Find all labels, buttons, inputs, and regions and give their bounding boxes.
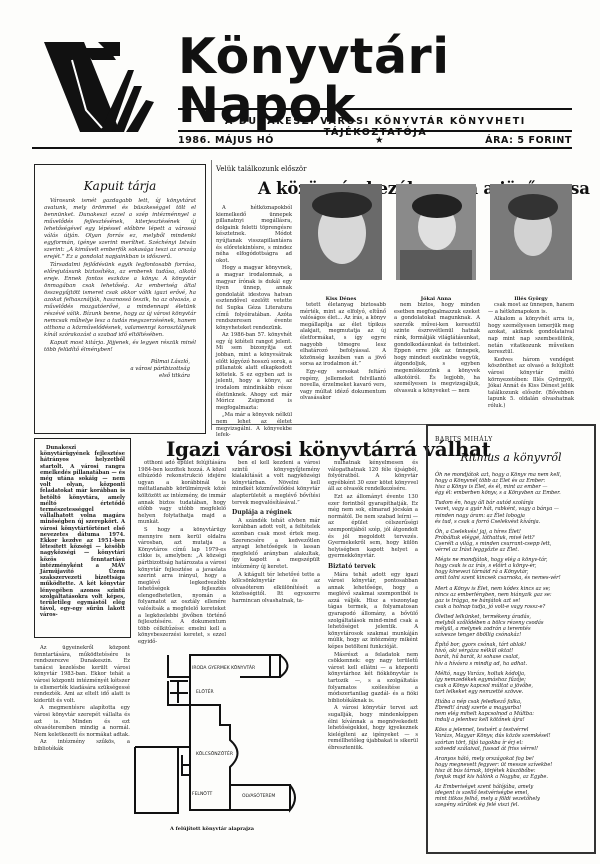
paragraph: Az intézmény szűkös, a bibliotékák [34,739,130,752]
masthead-bottom-rule [32,147,572,149]
poem-stanza: Építő bor, gyors csónak, tárt ablak! hív… [435,642,587,666]
poem-stanza: Mégis ne mondjátok, hogy elég a könyv-tá… [435,557,587,581]
editorial-box: Kapuit tárja Városunk ismét gazdagabb le… [34,164,206,434]
room-label: FELNŐTT [192,790,213,797]
dateline: 1986. MÁJUS HÓ ★ ÁRA: 5 FORINT [178,135,572,146]
paragraph: otthoni adó épület felújítására 1984-ben… [138,460,226,526]
room-label: OLVASÓTEREM [242,792,275,799]
poem-stanza: Tudom én, hogy áll bár autód szolánja ve… [435,500,587,524]
editorial-title: Kapuit tárja [44,179,196,193]
newspaper-page: Könyvtári Napok A DUNAKESZI VÁROSI KÖNYV… [0,0,600,864]
kv-logo-icon [42,40,172,135]
second-column-left: Az ügyeinekről központ fenntartására, mű… [34,645,130,754]
issue-date: 1986. MÁJUS HÓ [178,135,274,146]
lead-column-3: nem biztos, hogy minden esetben megfogal… [394,302,480,395]
subtitle-rule [178,130,572,132]
history-sidebox: Dunakeszi könyvtárügyének fejlesztése há… [34,438,131,638]
poem-stanza: Hiába a nép csak feledkező falka, Ébredt… [435,699,587,723]
poem-title: Ritmus a könyvről [435,451,587,464]
poem-stanza: Méltó, nagy Varázs, holtak kódolja, így … [435,671,587,695]
lead-column-1: A hétköznapokból kiemelkedő ünnepek pill… [216,205,292,440]
poem-stanza: Mert a Könyv is Élet, nem kódex kincs az… [435,586,587,610]
poem-stanza: Óh, a Cselekvés! jaj, a híres Élet! Prób… [435,529,587,553]
second-column-2: ben el kell kezdeni a városi szintű köny… [232,460,320,605]
paragraph: Az 1986-ban 57. könyvhét egy új kitételi… [216,332,292,411]
title-rule [178,108,572,110]
floor-plan-diagram: IRODA GYERMEK KÖNYVTÁR ELŐTÉR KÖLCSÖNZŐT… [130,645,320,820]
editorial-paragraph: Városunk ismét gazdagabb lett, új könyvt… [44,198,196,261]
paragraph: tetett életanyag biztosabb mérték, mint … [300,302,386,368]
floor-plan-caption: A felújított könyvtár alaprajza [170,826,254,832]
photo-kiss-denes [300,184,382,280]
room-label: GYERMEK KÖNYVTÁR [208,664,255,671]
paragraph: „Ma már a könyvek nélkül nem lehet az él… [216,412,292,438]
editorial-signature: Pálmai László, a városi pártbizottság el… [44,359,196,380]
subheading: Duplája a réginek [232,510,320,517]
star-icon: ★ [375,135,384,146]
poem-body: Óh ne mondjátok azt, hogy a Könyv ma nem… [435,472,587,809]
paragraph: Hogy a magyar könyvnek, a magyar irodalo… [216,265,292,331]
room-label: KÖLCSÖNZŐTÉR [196,749,233,757]
paragraph: Egy-egy sorsokat feltáró regény, jelleme… [300,369,386,402]
signature-role: a városi pártbizottság [44,366,190,373]
issue-price: ÁRA: 5 FORINT [485,135,572,146]
signature-name: Pálmai László, [44,359,190,366]
paragraph: S hogy a könyvtárügy mennyire nem kerül … [138,527,226,646]
room-label: ELŐTÉR [196,687,214,695]
paragraph: A kitágult tér lehetővé tette a kölcsönk… [232,572,320,605]
paragraph: ben el kell kezdeni a városi szintű köny… [232,460,320,506]
paragraph: Dunakeszi könyvtárügyének fejlesztése há… [40,445,125,619]
poem-stanza: Aranyos háló, mely országokat fog be! ho… [435,756,587,780]
poem-stanza: Óh ne mondjátok azt, hogy a Könyv ma nem… [435,472,587,496]
paragraph: nem biztos, hogy minden esetben megfogal… [394,302,480,394]
paragraph: Alkalom a könyvhét arra is, hogy személy… [488,316,574,356]
paragraph: A megmentésre alapította egy városi köny… [34,705,130,738]
poem-box: BABITS MIHÁLY Ritmus a könyvről Óh ne mo… [426,424,596,854]
poem-author: BABITS MIHÁLY [435,436,587,443]
editorial-paragraph: Társadalmi fejlődésünk egyik legfontosab… [44,262,196,339]
paragraph: Ezt az állományt évente 130 ezer forintb… [328,494,418,560]
paragraph: A szándék tehát elvben már korábban adot… [232,518,320,571]
subheading: Biztató tervek [328,564,418,571]
poem-stanza: Ölelted lelkünket, termékeny áradás, mel… [435,614,587,638]
paragraph: Kedves három vendéget köszönthet az olva… [488,357,574,410]
paragraph: csak most az ünnepen, hanem — a hétközna… [488,302,574,315]
signature-role: első titkára [44,373,190,380]
poem-stanza: Az Emberiséget szent hálójába, amely ide… [435,784,587,808]
paragraph: Az ügyeinekről központ fenntartására, mű… [34,645,130,704]
photo-illes-gyorgy [490,184,572,280]
room-label: IRODA [192,665,207,671]
lead-column-2: tetett életanyag biztosabb mérték, mint … [300,302,386,403]
paragraph: nulhatnak kényelmesen és válogathatnak 1… [328,460,418,493]
paragraph: Mára tehát adott egy igazi városi könyvt… [328,572,418,651]
column-divider [211,160,212,430]
paragraph: Másrészt a feladatok nem csökkennek: egy… [328,652,418,705]
photo-jokai-anna [396,184,476,280]
article-kicker: Velük találkozunk először [216,165,306,173]
second-column-3: nulhatnak kényelmesen és válogathatnak 1… [328,460,418,753]
second-column-1: otthoni adó épület felújítására 1984-ben… [138,460,226,647]
lead-column-4: csak most az ünnepen, hanem — a hétközna… [488,302,574,411]
poem-stanza: Köss a jelennel, testvért a testvérrel V… [435,727,587,751]
paragraph: A városi könyvtár tervei azt sugallják, … [328,705,418,751]
editorial-paragraph: Kapuit most kitárja. Jöjjenek, és legyen… [44,340,196,354]
paragraph: A hétköznapokból kiemelkedő ünnepek pill… [216,205,292,264]
